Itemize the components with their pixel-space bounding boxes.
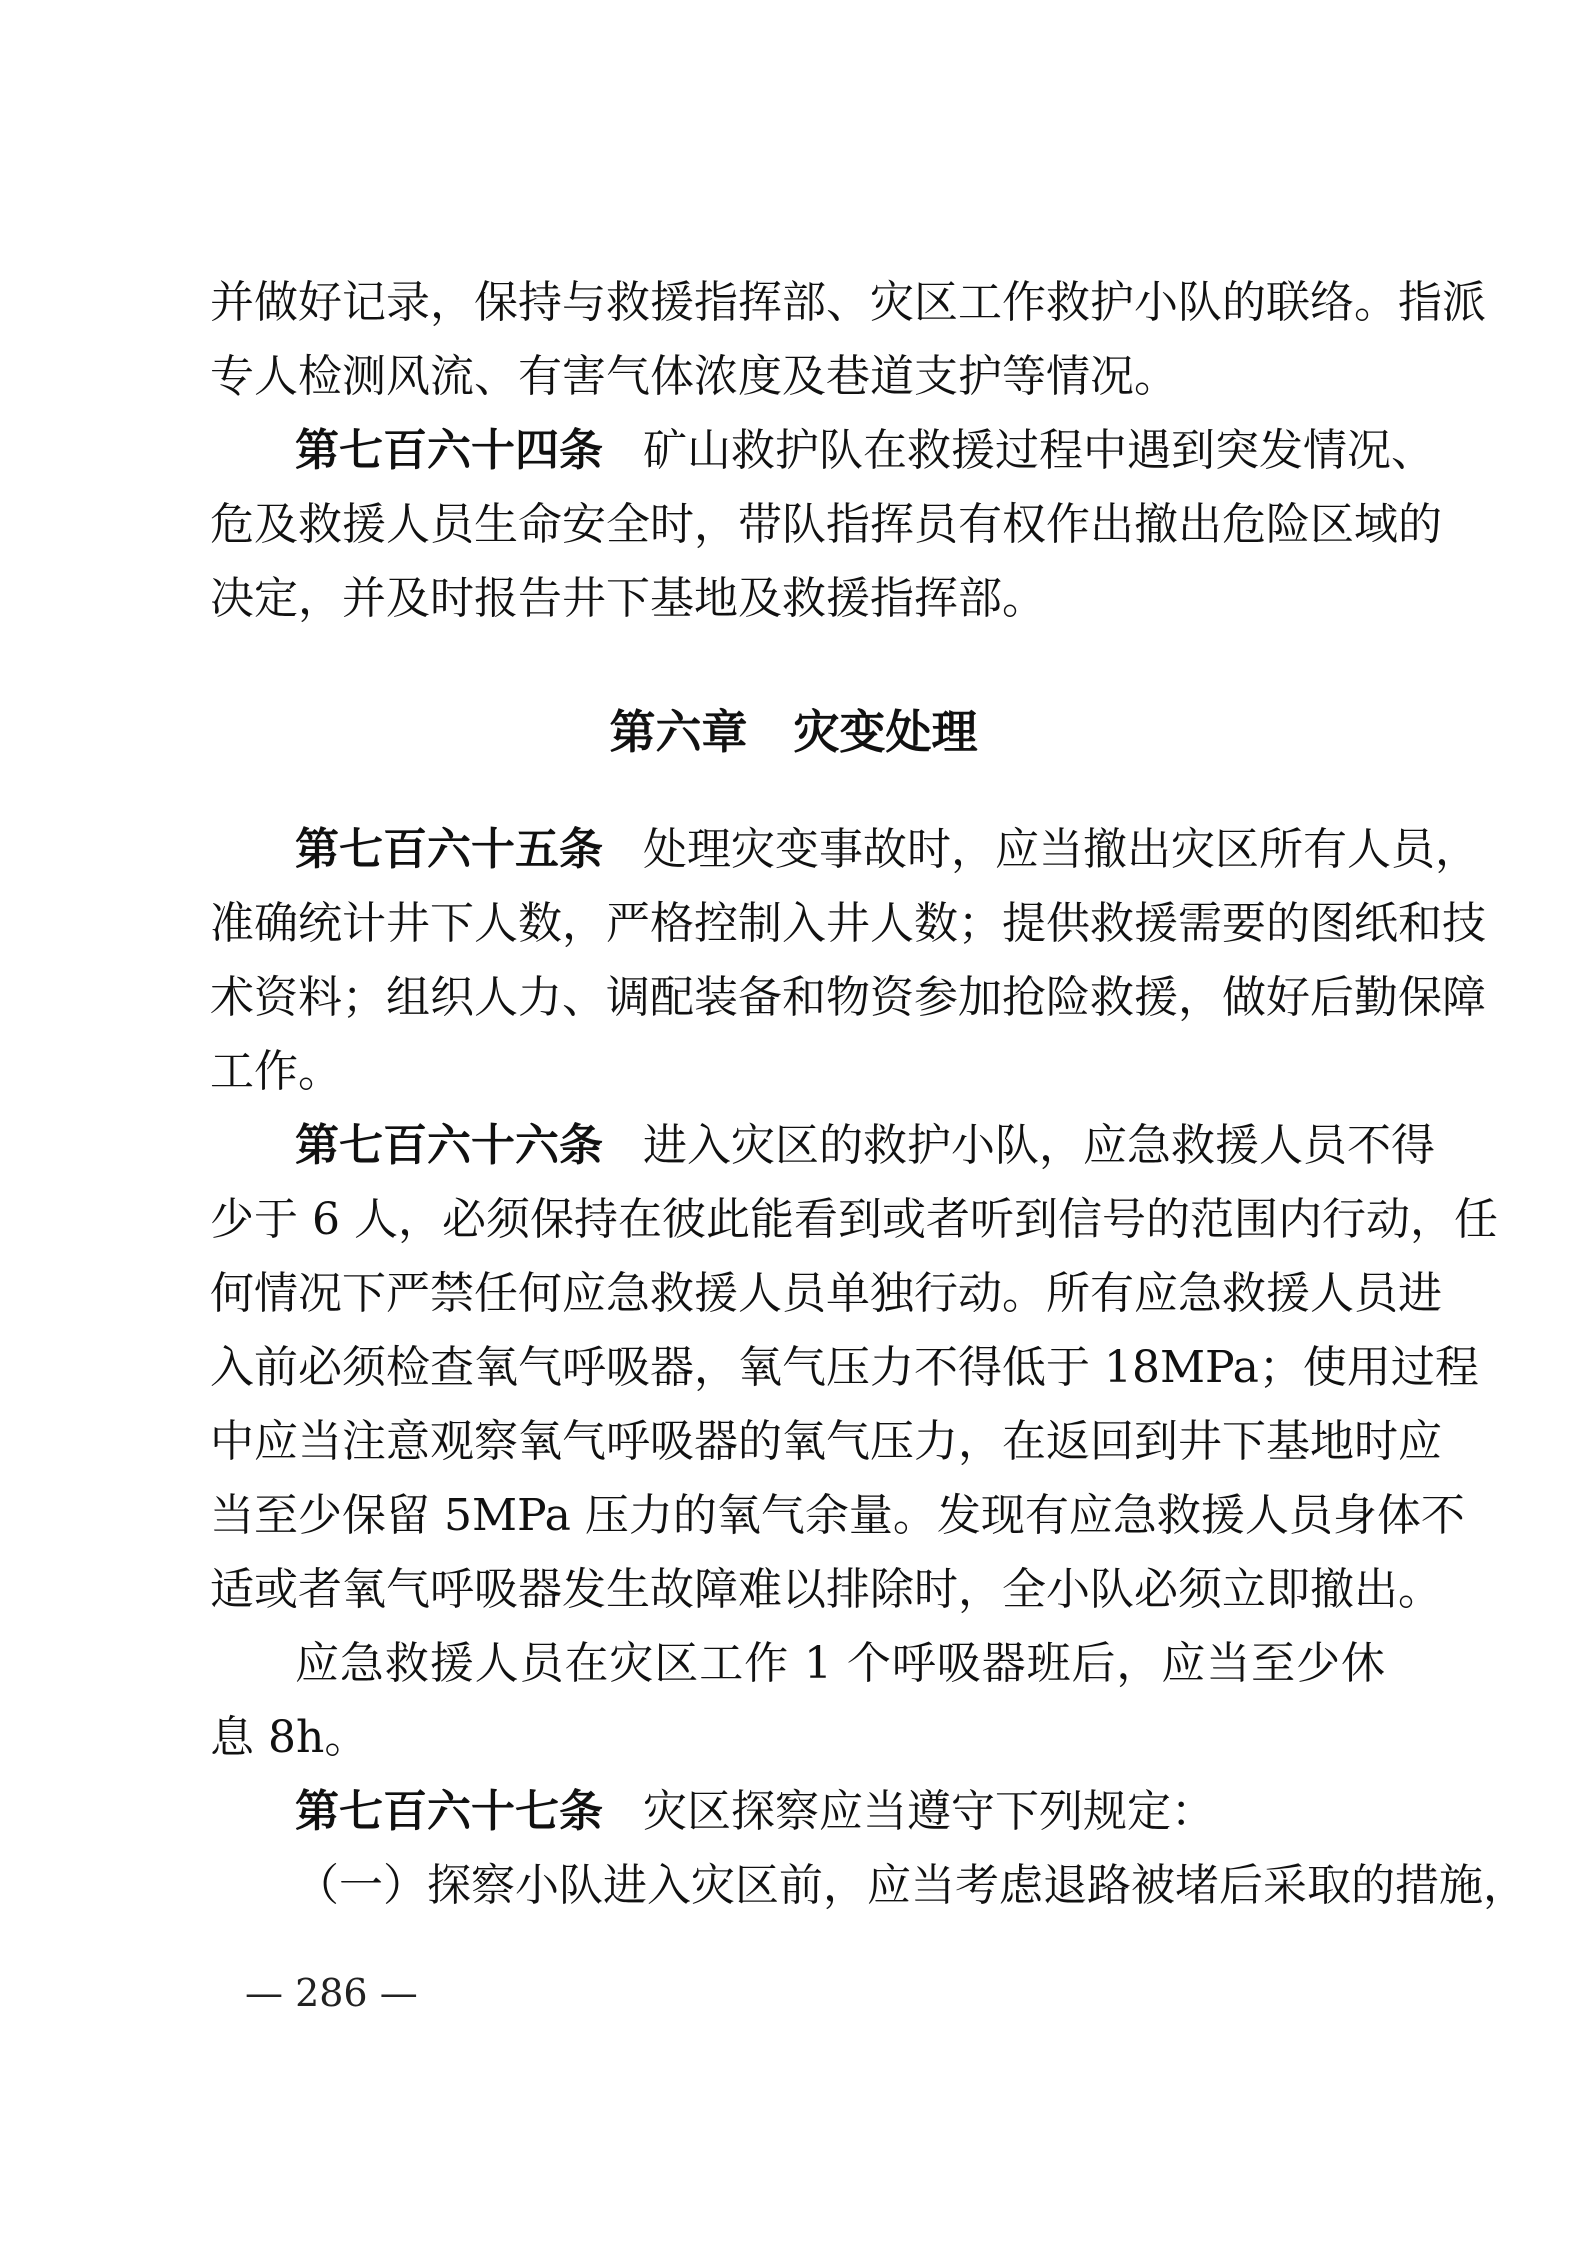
line-text: 处理灾变事故时，应当撤出灾区所有人员， (643, 824, 1479, 875)
line-text: 入前必须检查氧气呼吸器，氧气压力不得低于 18MPa；使用过程 (210, 1342, 1479, 1393)
text-line: 入前必须检查氧气呼吸器，氧气压力不得低于 18MPa；使用过程 (210, 1338, 1385, 1398)
text-line: 工作。 (210, 1042, 1385, 1102)
line-text: 工作。 (210, 1046, 342, 1097)
text-line: 当至少保留 5MPa 压力的氧气余量。发现有应急救援人员身体不 (210, 1486, 1385, 1546)
article-765-heading-line: 第七百六十五条处理灾变事故时，应当撤出灾区所有人员， (295, 820, 1385, 880)
article-764-heading-line: 第七百六十四条矿山救护队在救援过程中遇到突发情况、 (295, 421, 1385, 481)
text-line: 少于 6 人，必须保持在彼此能看到或者听到信号的范围内行动，任 (210, 1190, 1385, 1250)
text-line: 并做好记录，保持与救援指挥部、灾区工作救护小队的联络。指派 (210, 273, 1385, 333)
line-text: 适或者氧气呼吸器发生故障难以排除时，全小队必须立即撤出。 (210, 1564, 1442, 1615)
line-text: 灾区探察应当遵守下列规定： (643, 1786, 1215, 1837)
line-text: 何情况下严禁任何应急救援人员单独行动。所有应急救援人员进 (210, 1268, 1442, 1319)
line-text: 中应当注意观察氧气呼吸器的氧气压力，在返回到井下基地时应 (210, 1416, 1442, 1467)
article-767-heading-line: 第七百六十七条灾区探察应当遵守下列规定： (295, 1782, 1385, 1842)
line-text: 准确统计井下人数，严格控制入井人数；提供救援需要的图纸和技 (210, 898, 1486, 949)
line-text: 当至少保留 5MPa 压力的氧气余量。发现有应急救援人员身体不 (210, 1490, 1465, 1541)
article-number: 第七百六十六条 (295, 1120, 603, 1171)
article-number: 第七百六十五条 (295, 824, 603, 875)
chapter-number: 第六章 (610, 705, 748, 759)
page-number: — 286 — (245, 1968, 418, 2018)
text-line: 应急救援人员在灾区工作 1 个呼吸器班后，应当至少休 (295, 1634, 1385, 1694)
line-text: 息 8h。 (210, 1712, 368, 1763)
line-text: （一）探察小队进入灾区前，应当考虑退路被堵后采取的措施， (295, 1860, 1527, 1911)
line-text: 矿山救护队在救援过程中遇到突发情况、 (643, 425, 1435, 476)
text-line: 专人检测风流、有害气体浓度及巷道支护等情况。 (210, 347, 1385, 407)
text-line: 决定，并及时报告井下基地及救援指挥部。 (210, 569, 1385, 629)
line-text: 进入灾区的救护小队，应急救援人员不得 (643, 1120, 1435, 1171)
document-page: 并做好记录，保持与救援指挥部、灾区工作救护小队的联络。指派 专人检测风流、有害气… (0, 0, 1587, 2245)
text-line: （一）探察小队进入灾区前，应当考虑退路被堵后采取的措施， (295, 1856, 1385, 1916)
text-line: 息 8h。 (210, 1708, 1385, 1768)
article-number: 第七百六十四条 (295, 425, 603, 476)
text-line: 中应当注意观察氧气呼吸器的氧气压力，在返回到井下基地时应 (210, 1412, 1385, 1472)
line-text: 专人检测风流、有害气体浓度及巷道支护等情况。 (210, 351, 1178, 402)
line-text: 应急救援人员在灾区工作 1 个呼吸器班后，应当至少休 (295, 1638, 1385, 1689)
article-766-heading-line: 第七百六十六条进入灾区的救护小队，应急救援人员不得 (295, 1116, 1385, 1176)
chapter-heading: 第六章灾变处理 (0, 702, 1587, 762)
line-text: 少于 6 人，必须保持在彼此能看到或者听到信号的范围内行动，任 (210, 1194, 1498, 1245)
line-text: 危及救援人员生命安全时，带队指挥员有权作出撤出危险区域的 (210, 499, 1442, 550)
line-text: 术资料；组织人力、调配装备和物资参加抢险救援，做好后勤保障 (210, 972, 1486, 1023)
text-line: 适或者氧气呼吸器发生故障难以排除时，全小队必须立即撤出。 (210, 1560, 1385, 1620)
article-number: 第七百六十七条 (295, 1786, 603, 1837)
chapter-title: 灾变处理 (794, 705, 978, 759)
text-line: 何情况下严禁任何应急救援人员单独行动。所有应急救援人员进 (210, 1264, 1385, 1324)
text-line: 准确统计井下人数，严格控制入井人数；提供救援需要的图纸和技 (210, 894, 1385, 954)
line-text: 决定，并及时报告井下基地及救援指挥部。 (210, 573, 1046, 624)
line-text: 并做好记录，保持与救援指挥部、灾区工作救护小队的联络。指派 (210, 277, 1486, 328)
text-line: 危及救援人员生命安全时，带队指挥员有权作出撤出危险区域的 (210, 495, 1385, 555)
text-line: 术资料；组织人力、调配装备和物资参加抢险救援，做好后勤保障 (210, 968, 1385, 1028)
